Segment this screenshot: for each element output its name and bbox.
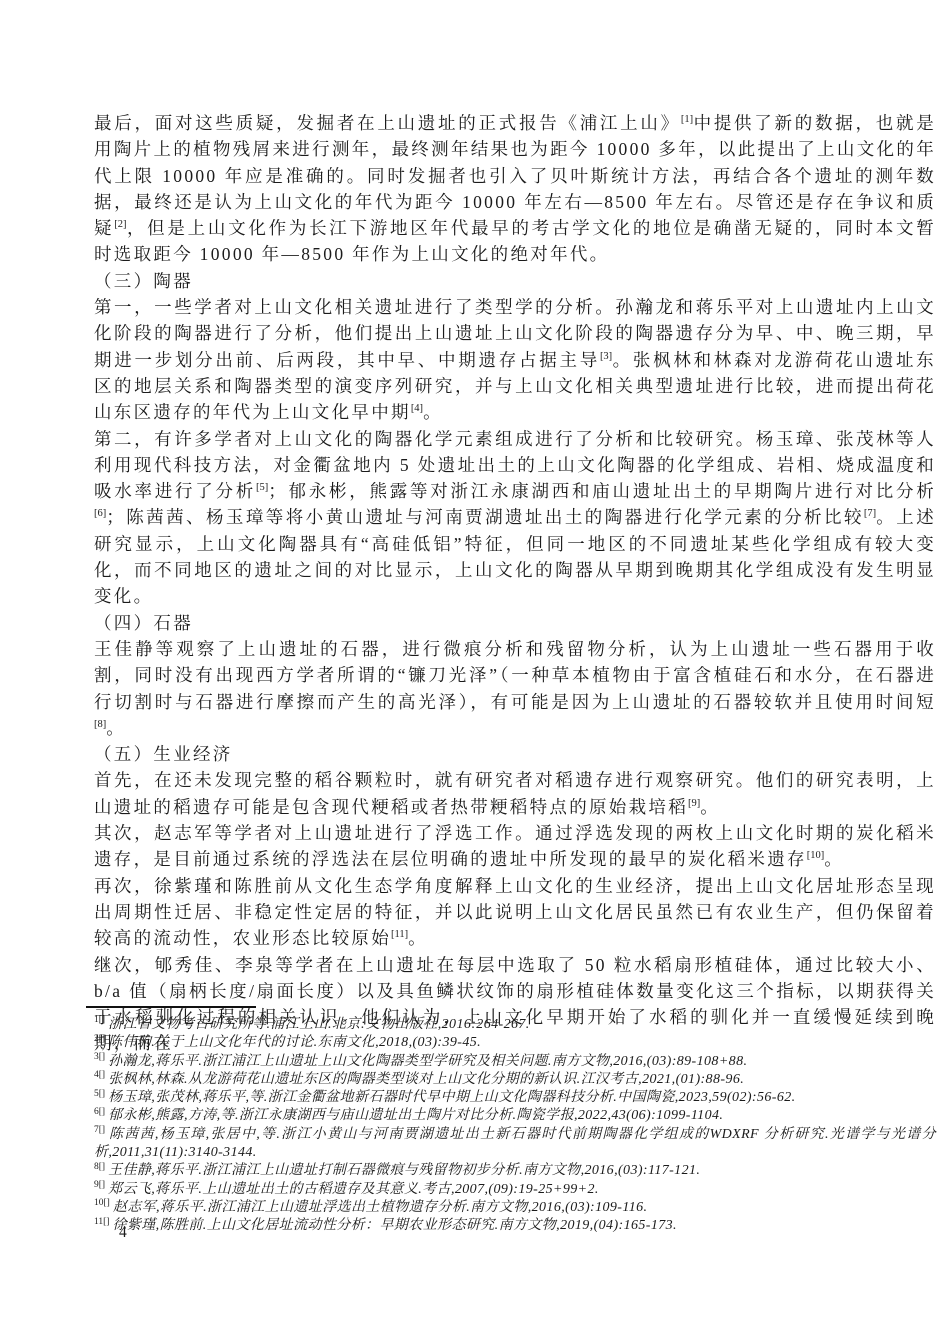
footnote-text: 王佳静,蒋乐平.浙江浦江上山遗址打制石器微痕与残留物初步分析.南方文物,2016… — [108, 1163, 700, 1178]
footnote-area: 1[]浙江省文物考古研究所等.浦江上山.北京:文物出版社,2016:264-26… — [94, 1006, 936, 1236]
section-heading: （四）石器 — [94, 610, 936, 636]
footnote-text: 杨玉璋,张茂林,蒋乐平,等.浙江金衢盆地新石器时代早中期上山文化陶器科技分析.中… — [108, 1090, 795, 1105]
text-run: 首先，在还未发现完整的稻谷颗粒时，就有研究者对稻遗存进行观察研究。他们的研究表明… — [94, 770, 936, 816]
footnote-separator — [86, 1006, 256, 1008]
footnote-reference[interactable]: [4] — [411, 403, 423, 414]
footnote-item: 2[]陈伟驹.关于上山文化年代的讨论.东南文化,2018,(03):39-45. — [94, 1034, 936, 1052]
footnote-text: 张枫林,林森.从龙游荷花山遗址东区的陶器类型谈对上山文化分期的新认识.江汉考古,… — [108, 1072, 744, 1087]
text-run: 再次，徐紫瑾和陈胜前从文化生态学角度解释上山文化的生业经济，提出上山文化居址形态… — [94, 876, 936, 949]
footnote-marker: 1[] — [94, 1015, 105, 1025]
footnote-text: 赵志军,蒋乐平.浙江浦江上山遗址浮选出土植物遗存分析.南方文物,2016,(03… — [113, 1200, 648, 1215]
body-paragraph: 第二，有许多学者对上山文化的陶器化学元素组成进行了分析和比较研究。杨玉璋、张茂林… — [94, 426, 936, 610]
footnote-item: 4[]张枫林,林森.从龙游荷花山遗址东区的陶器类型谈对上山文化分期的新认识.江汉… — [94, 1071, 936, 1089]
text-run: ；郁永彬，熊露等对浙江永康湖西和庙山遗址出土的早期陶片进行对比分析 — [268, 481, 936, 501]
footnote-marker: 7[] — [94, 1125, 105, 1135]
footnote-reference[interactable]: [11] — [391, 929, 408, 940]
footnote-item: 10[]赵志军,蒋乐平.浙江浦江上山遗址浮选出土植物遗存分析.南方文物,2016… — [94, 1199, 936, 1217]
footnote-item: 6[]郁永彬,熊露,方涛,等.浙江永康湖西与庙山遗址出土陶片对比分析.陶瓷学报,… — [94, 1107, 936, 1125]
text-run: 。 — [408, 928, 428, 948]
footnote-item: 8[]王佳静,蒋乐平.浙江浦江上山遗址打制石器微痕与残留物初步分析.南方文物,2… — [94, 1162, 936, 1180]
footnote-item: 5[]杨玉璋,张茂林,蒋乐平,等.浙江金衢盆地新石器时代早中期上山文化陶器科技分… — [94, 1089, 936, 1107]
body-paragraph: 最后，面对这些质疑，发掘者在上山遗址的正式报告《浦江上山》[1]中提供了新的数据… — [94, 110, 936, 268]
body-paragraph: 其次，赵志军等学者对上山遗址进行了浮选工作。通过浮选发现的两枚上山文化时期的炭化… — [94, 820, 936, 873]
footnote-text: 陈茜茜,杨玉璋,张居中,等.浙江小黄山与河南贾湖遗址出土新石器时代前期陶器化学组… — [94, 1127, 936, 1160]
document-page: 最后，面对这些质疑，发掘者在上山遗址的正式报告《浦江上山》[1]中提供了新的数据… — [0, 0, 950, 1344]
footnote-reference[interactable]: [7] — [864, 509, 876, 520]
text-run: 。 — [423, 402, 443, 422]
footnote-reference[interactable]: [2] — [114, 219, 126, 230]
footnote-item: 7[]陈茜茜,杨玉璋,张居中,等.浙江小黄山与河南贾湖遗址出土新石器时代前期陶器… — [94, 1126, 936, 1163]
footnote-reference[interactable]: [9] — [688, 798, 700, 809]
footnote-item: 1[]浙江省文物考古研究所等.浦江上山.北京:文物出版社,2016:264-26… — [94, 1016, 936, 1034]
section-heading: （五）生业经济 — [94, 741, 936, 767]
footnote-item: 11[]徐紫瑾,陈胜前.上山文化居址流动性分析：早期农业形态研究.南方文物,20… — [94, 1217, 936, 1235]
footnote-text: 郁永彬,熊露,方涛,等.浙江永康湖西与庙山遗址出土陶片对比分析.陶瓷学报,202… — [108, 1108, 723, 1123]
footnote-list: 1[]浙江省文物考古研究所等.浦江上山.北京:文物出版社,2016:264-26… — [94, 1016, 936, 1236]
text-run: ；陈茜茜、杨玉璋等将小黄山遗址与河南贾湖遗址出土的陶器进行化学元素的分析比较 — [106, 507, 864, 527]
footnote-reference[interactable]: [6] — [94, 509, 106, 520]
text-run: 最后，面对这些质疑，发掘者在上山遗址的正式报告《浦江上山》 — [94, 113, 681, 133]
text-run: 。 — [824, 849, 844, 869]
text-run: （四）石器 — [94, 613, 193, 633]
footnote-text: 徐紫瑾,陈胜前.上山文化居址流动性分析：早期农业形态研究.南方文物,2019,(… — [112, 1218, 676, 1233]
footnote-marker: 3[] — [94, 1052, 105, 1062]
text-run: （五）生业经济 — [94, 744, 233, 764]
footnote-reference[interactable]: [3] — [600, 351, 612, 362]
page-number: 4 — [119, 1224, 127, 1242]
footnote-item: 3[]孙瀚龙,蒋乐平.浙江浦江上山遗址上山文化陶器类型学研究及相关问题.南方文物… — [94, 1053, 936, 1071]
document-body: 最后，面对这些质疑，发掘者在上山遗址的正式报告《浦江上山》[1]中提供了新的数据… — [94, 110, 936, 1057]
footnote-text: 浙江省文物考古研究所等.浦江上山.北京:文物出版社,2016:264-267. — [108, 1017, 530, 1032]
text-run: 王佳静等观察了上山遗址的石器，进行微痕分析和残留物分析，认为上山遗址一些石器用于… — [94, 639, 936, 712]
section-heading: （三）陶器 — [94, 268, 936, 294]
footnote-text: 孙瀚龙,蒋乐平.浙江浦江上山遗址上山文化陶器类型学研究及相关问题.南方文物,20… — [108, 1054, 747, 1069]
footnote-marker: 2[] — [94, 1034, 105, 1044]
footnote-reference[interactable]: [1] — [681, 114, 693, 125]
body-paragraph: 第一，一些学者对上山文化相关遗址进行了类型学的分析。孙瀚龙和蒋乐平对上山遗址内上… — [94, 294, 936, 425]
footnote-marker: 9[] — [94, 1180, 105, 1190]
footnote-marker: 8[] — [94, 1162, 105, 1172]
text-run: 。 — [106, 718, 126, 738]
footnote-marker: 4[] — [94, 1070, 105, 1080]
footnote-marker: 10[] — [94, 1198, 110, 1208]
footnote-reference[interactable]: [8] — [94, 719, 106, 730]
text-run: 其次，赵志军等学者对上山遗址进行了浮选工作。通过浮选发现的两枚上山文化时期的炭化… — [94, 823, 936, 869]
text-run: （三）陶器 — [94, 271, 193, 291]
footnote-marker: 11[] — [94, 1217, 109, 1227]
footnote-text: 陈伟驹.关于上山文化年代的讨论.东南文化,2018,(03):39-45. — [108, 1035, 481, 1050]
text-run: ，但是上山文化作为长江下游地区年代最早的考古学文化的地位是确凿无疑的，同时本文暂… — [94, 218, 936, 264]
body-paragraph: 王佳静等观察了上山遗址的石器，进行微痕分析和残留物分析，认为上山遗址一些石器用于… — [94, 636, 936, 741]
footnote-text: 郑云飞,蒋乐平.上山遗址出土的古稻遗存及其意义.考古,2007,(09):19-… — [108, 1182, 599, 1197]
footnote-reference[interactable]: [10] — [807, 850, 825, 861]
footnote-marker: 5[] — [94, 1089, 105, 1099]
footnote-item: 9[]郑云飞,蒋乐平.上山遗址出土的古稻遗存及其意义.考古,2007,(09):… — [94, 1181, 936, 1199]
body-paragraph: 首先，在还未发现完整的稻谷颗粒时，就有研究者对稻遗存进行观察研究。他们的研究表明… — [94, 767, 936, 820]
footnote-marker: 6[] — [94, 1107, 105, 1117]
body-paragraph: 再次，徐紫瑾和陈胜前从文化生态学角度解释上山文化的生业经济，提出上山文化居址形态… — [94, 873, 936, 952]
text-run: 。 — [700, 797, 720, 817]
footnote-reference[interactable]: [5] — [256, 482, 268, 493]
